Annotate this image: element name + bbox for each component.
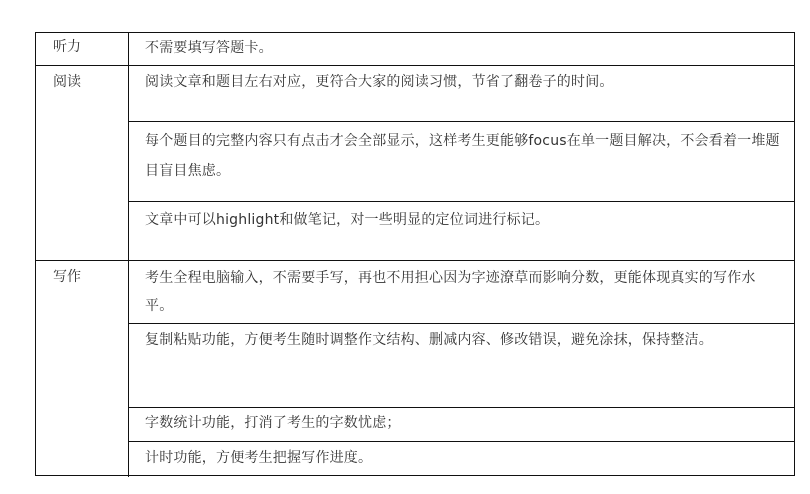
row-content-writing: 考生全程电脑输入，不需要手写，再也不用担心因为字迹潦草而影响分数，更能体现真实的… — [129, 261, 794, 477]
table-cell: 阅读文章和题目左右对应，更符合大家的阅读习惯，节省了翻卷子的时间。 — [129, 66, 794, 121]
table-row-reading: 阅读 阅读文章和题目左右对应，更符合大家的阅读习惯，节省了翻卷子的时间。 每个题… — [36, 65, 794, 260]
row-label-listening: 听力 — [36, 33, 129, 65]
row-label-reading: 阅读 — [36, 66, 129, 260]
table-cell: 计时功能，方便考生把握写作进度。 — [129, 441, 794, 478]
table-cell: 每个题目的完整内容只有点击才会全部显示，这样考生更能够focus在单一题目解决，… — [129, 121, 794, 201]
comparison-table: 听力 不需要填写答题卡。 阅读 阅读文章和题目左右对应，更符合大家的阅读习惯，节… — [35, 32, 795, 476]
table-cell: 文章中可以highlight和做笔记，对一些明显的定位词进行标记。 — [129, 201, 794, 261]
table-row-listening: 听力 不需要填写答题卡。 — [36, 33, 794, 65]
table-cell: 考生全程电脑输入，不需要手写，再也不用担心因为字迹潦草而影响分数，更能体现真实的… — [129, 261, 794, 323]
row-content-reading: 阅读文章和题目左右对应，更符合大家的阅读习惯，节省了翻卷子的时间。 每个题目的完… — [129, 66, 794, 260]
row-label-writing: 写作 — [36, 261, 129, 477]
row-content-listening: 不需要填写答题卡。 — [129, 33, 794, 65]
table-cell: 不需要填写答题卡。 — [129, 33, 794, 65]
table-cell: 复制粘贴功能，方便考生随时调整作文结构、删减内容、修改错误，避免涂抹，保持整洁。 — [129, 323, 794, 407]
table-row-writing: 写作 考生全程电脑输入，不需要手写，再也不用担心因为字迹潦草而影响分数，更能体现… — [36, 260, 794, 477]
table-cell: 字数统计功能，打消了考生的字数忧虑； — [129, 407, 794, 441]
